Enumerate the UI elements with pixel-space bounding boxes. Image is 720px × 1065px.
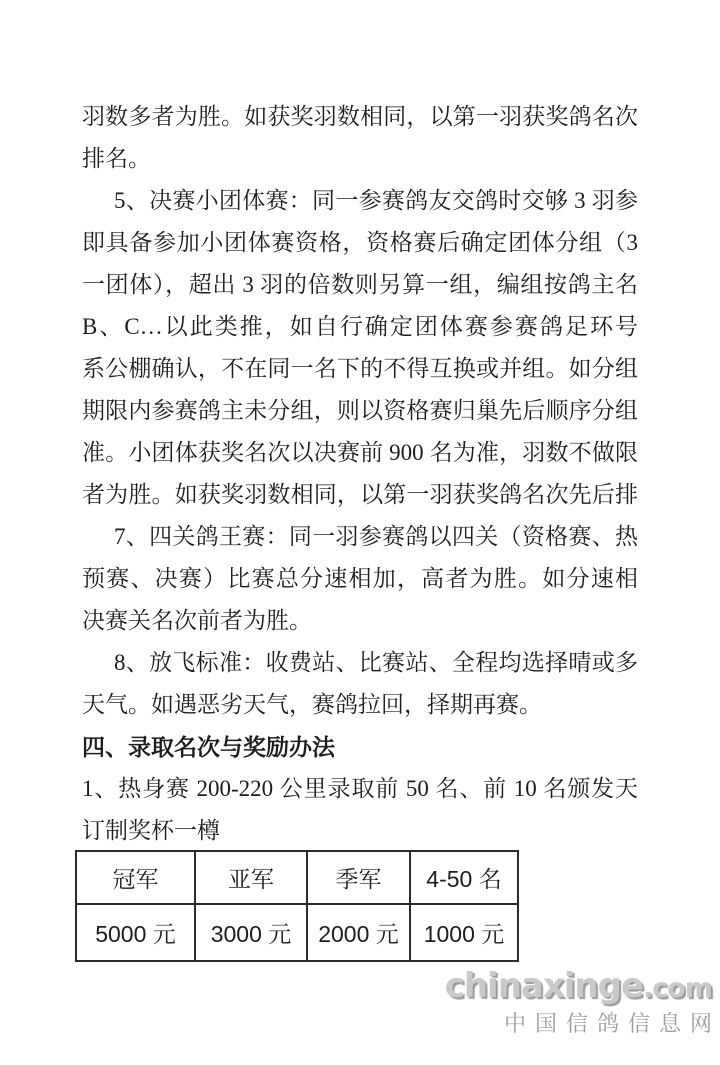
paragraph-item8-release-standard: 8、放飞标准：收费站、比赛站、全程均选择晴或多云的 天气。如遇恶劣天气，赛鸽拉回… <box>82 642 638 726</box>
document-body: 羽数多者为胜。如获奖羽数相同，以第一羽获奖鸽名次先后 排名。 5、决赛小团体赛：… <box>82 96 638 852</box>
prize-table-header-cell: 冠军 <box>76 851 195 904</box>
paragraph-prev-tail: 羽数多者为胜。如获奖羽数相同，以第一羽获奖鸽名次先后 排名。 <box>82 96 638 180</box>
text-line: 7、四关鸽王赛：同一羽参赛鸽以四关（资格赛、热身赛、 <box>82 516 638 558</box>
text-line: 一团体），超出 3 羽的倍数则另算一组，编组按鸽主名加 A、 <box>82 264 638 306</box>
text-line: 天气。如遇恶劣天气，赛鸽拉回，择期再赛。 <box>82 684 638 726</box>
text-line: 预赛、决赛）比赛总分速相加，高者为胜。如分速相同，以 <box>82 558 638 600</box>
watermark-site-name: chinaxinge <box>445 966 643 1006</box>
text-line: 5、决赛小团体赛：同一参赛鸽友交鸽时交够 3 羽参赛鸽 <box>82 180 638 222</box>
prize-table-value-cell: 3000 元 <box>195 904 307 961</box>
prize-table-header-cell: 季军 <box>307 851 410 904</box>
prize-table-header-cell: 亚军 <box>195 851 307 904</box>
text-line: 羽数多者为胜。如获奖羽数相同，以第一羽获奖鸽名次先后 <box>82 96 638 138</box>
watermark-caption: 中国信鸽信息网 <box>445 1011 720 1039</box>
watermark-logo: chinaxinge.com <box>445 964 712 1011</box>
text-line: B、C…以此类推，如自行确定团体赛参赛鸽足环号码，请联 <box>82 306 638 348</box>
text-line: 决赛关名次前者为胜。 <box>82 600 638 642</box>
paragraph-item7-king-race: 7、四关鸽王赛：同一羽参赛鸽以四关（资格赛、热身赛、 预赛、决赛）比赛总分速相加… <box>82 516 638 642</box>
prize-table-value-cell: 2000 元 <box>307 904 410 961</box>
text-line: 8、放飞标准：收费站、比赛站、全程均选择晴或多云的 <box>82 642 638 684</box>
prize-table-header-cell: 4-50 名 <box>410 851 518 904</box>
watermark: chinaxinge.com 中国信鸽信息网 <box>445 964 712 1039</box>
prize-table-header-row: 冠军 亚军 季军 4-50 名 <box>76 851 518 904</box>
text-line: 准。小团体获奖名次以决赛前 900 名为准，羽数不做限制多 <box>82 432 638 474</box>
prize-table: 冠军 亚军 季军 4-50 名 5000 元 3000 元 2000 元 100… <box>75 850 519 962</box>
text-line: 系公棚确认，不在同一名下的不得互换或并组。如分组确定 <box>82 348 638 390</box>
prize-table-value-cell: 5000 元 <box>76 904 195 961</box>
prize-table-value-cell: 1000 元 <box>410 904 518 961</box>
text-line: 即具备参加小团体赛资格，资格赛后确定团体分组（3 羽为 <box>82 222 638 264</box>
text-line: 期限内参赛鸽主未分组，则以资格赛归巢先后顺序分组为 <box>82 390 638 432</box>
paragraph-item5-team-race: 5、决赛小团体赛：同一参赛鸽友交鸽时交够 3 羽参赛鸽 即具备参加小团体赛资格，… <box>82 180 638 516</box>
text-line: 者为胜。如获奖羽数相同，以第一羽获奖鸽名次先后排名。 <box>82 474 638 516</box>
text-line: 排名。 <box>82 138 638 180</box>
document-page: 羽数多者为胜。如获奖羽数相同，以第一羽获奖鸽名次先后 排名。 5、决赛小团体赛：… <box>0 0 720 1065</box>
paragraph-item1-warmup-race: 1、热身赛 200-220 公里录取前 50 名、前 10 名颁发天下溪 订制奖… <box>82 768 638 852</box>
watermark-domain-suffix: .com <box>643 973 712 1004</box>
text-line: 订制奖杯一樽 <box>82 810 638 852</box>
text-line: 1、热身赛 200-220 公里录取前 50 名、前 10 名颁发天下溪 <box>82 768 638 810</box>
section-heading-awards: 四、录取名次与奖励办法 <box>82 726 638 768</box>
prize-table-value-row: 5000 元 3000 元 2000 元 1000 元 <box>76 904 518 961</box>
